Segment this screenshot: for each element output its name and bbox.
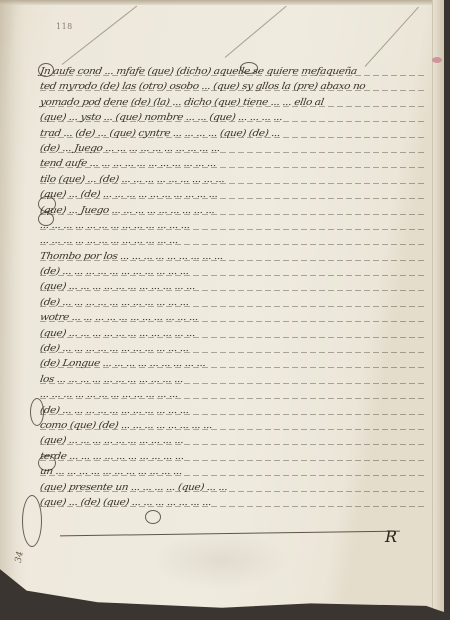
- diagonal-ruling-line: [365, 7, 419, 67]
- binding-spine: [432, 0, 445, 612]
- text-line: trad ... (de) ... (que) cyntre ... ... .…: [40, 126, 425, 141]
- ink-flourish-loop: [38, 196, 56, 212]
- text-line: (que) ... ... ... ... ... ... ... ... ..…: [40, 326, 425, 341]
- text-line: (que) ... ysto ... (que) nombre ... ... …: [40, 110, 425, 125]
- text-line: (que) ... Juego ... ... ... ... ... ... …: [40, 203, 425, 218]
- manuscript-page: 118 Jn aufe cond ... mfafe (que) (dicho)…: [0, 0, 444, 612]
- margin-note: 34: [14, 550, 26, 563]
- red-tab-mark: [432, 57, 442, 63]
- ink-flourish-loop: [38, 455, 56, 471]
- text-line: (de) ... ... ... ... ... ... ... ... ...…: [40, 264, 425, 279]
- ink-flourish-loop: [38, 212, 54, 226]
- text-line: (que) ... (de) (que) ... ... ... ... ...…: [40, 495, 425, 510]
- text-line: terde ... ... ... ... ... ... ... ... ..…: [40, 449, 425, 464]
- ink-flourish-loop: [38, 63, 54, 77]
- ink-flourish-loop: [22, 495, 42, 547]
- text-line: (que) ... ... ... ... ... ... ... ... ..…: [40, 433, 425, 448]
- text-line: wotre ... ... ... ... ... ... ... ... ..…: [40, 310, 425, 325]
- diagonal-ruling-line: [225, 6, 287, 58]
- text-line: (de) ... ... ... ... ... ... ... ... ...…: [40, 341, 425, 356]
- text-line: ted myrodo (de) las (otro) osobo ... (qu…: [40, 79, 425, 94]
- text-line: los ... ... ... ... ... ... ... ... ... …: [40, 372, 425, 387]
- text-line: (de) ... ... ... ... ... ... ... ... ...…: [40, 403, 425, 418]
- text-line: tend aufe ... ... ... ... ... ... ... ..…: [40, 156, 425, 171]
- diagonal-ruling-line: [62, 6, 137, 65]
- text-line: Jn aufe cond ... mfafe (que) (dicho) aqu…: [40, 64, 425, 79]
- text-line: (de) ... Juego ... ... ... ... ... ... .…: [40, 141, 425, 156]
- text-line: como (que) (de) ... ... ... ... ... ... …: [40, 418, 425, 433]
- text-line: (de) ... ... ... ... ... ... ... ... ...…: [40, 295, 425, 310]
- text-line: (que) ... ... ... ... ... ... ... ... ..…: [40, 279, 425, 294]
- text-line: yomado pod dene (de) (la) ... dicho (que…: [40, 95, 425, 110]
- ink-flourish-loop: [145, 510, 161, 524]
- page-top-edge: [0, 0, 444, 5]
- text-line: un ... ... ... ... ... ... ... ... ... .…: [40, 464, 425, 479]
- text-line: (que) ... (de) ... ... ... ... ... ... .…: [40, 187, 425, 202]
- folio-number: 118: [56, 22, 73, 31]
- text-line: Thombo por los ... ... ... ... ... ... .…: [40, 249, 425, 264]
- ink-flourish-loop: [240, 62, 258, 74]
- ink-flourish-loop: [30, 398, 44, 426]
- text-line: (de) Longue ... ... ... ... ... ... ... …: [40, 356, 425, 371]
- text-line: ... ... ... ... ... ... ... ... ... ... …: [40, 233, 425, 248]
- text-line: ... ... ... ... ... ... ... ... ... ... …: [40, 387, 425, 402]
- closing-mark: R: [385, 527, 397, 546]
- text-line: tilo (que) ... (de) ... ... ... ... ... …: [40, 172, 425, 187]
- text-line: (que) presente un ... ... ... ... (que) …: [40, 480, 425, 495]
- text-line: ... ... ... ... ... ... ... ... ... ... …: [40, 218, 425, 233]
- ink-bleed-through: [150, 530, 290, 590]
- manuscript-text: Jn aufe cond ... mfafe (que) (dicho) aqu…: [40, 64, 425, 510]
